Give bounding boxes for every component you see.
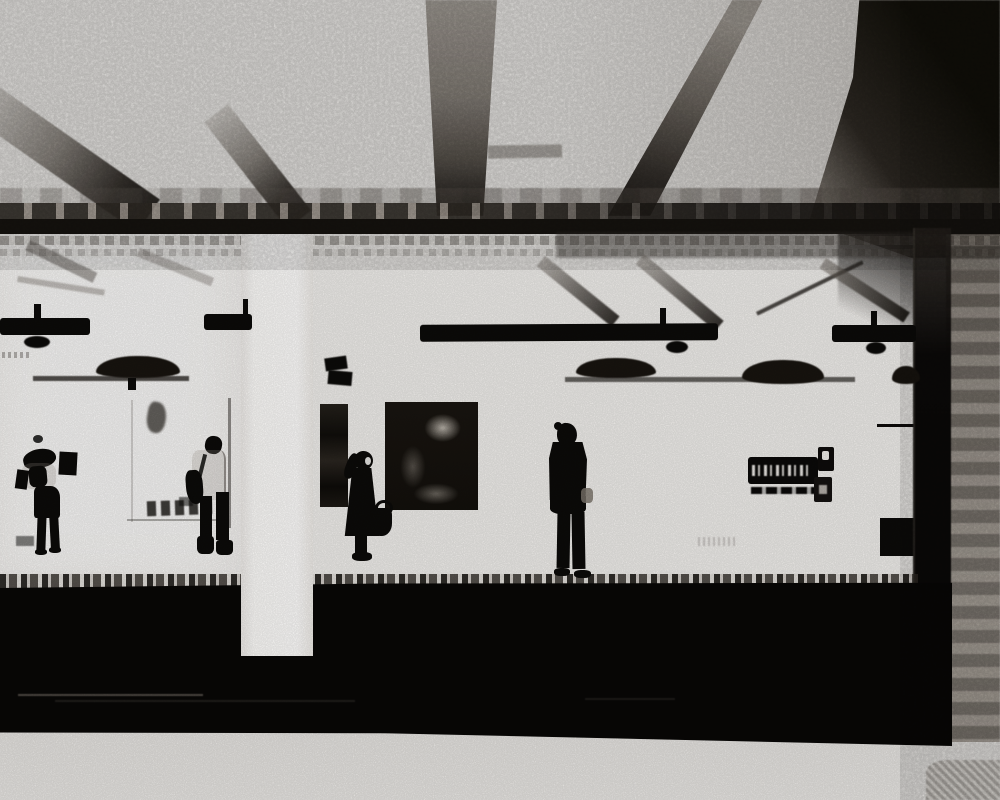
person-3-feet [352,552,372,561]
person-1-held-object [58,452,77,476]
strip-light-9 [892,366,920,384]
person-2-leg-left [200,496,212,540]
person-1-chest-patch [28,465,48,487]
person-2-boot-right [216,540,233,555]
person-1-foot-left [35,549,47,555]
track-pit-scratch-1 [18,694,203,696]
person-1 [14,425,78,555]
strip-light-1 [0,318,90,335]
subway-platform-photo [0,0,1000,800]
strip-light-7 [576,358,656,378]
track-pit-scratch-2 [55,700,355,702]
wall-faint-text-smudge [698,537,738,546]
station-sign [748,457,818,484]
ceiling-grain-strip [0,188,1000,204]
foreground-pillar [241,234,313,656]
picture-frame-1-left-edge [131,400,133,522]
wall-badge-upper-glyph [822,451,829,460]
person-2-boot-left [197,536,214,554]
strip-light-5-dropstem [128,378,136,390]
corner-grain-bottom-right [926,760,1000,800]
strip-light-3 [420,323,718,342]
strip-light-4 [832,325,916,342]
wall-badge-upper [818,447,834,471]
strip-light-1-underblob [24,336,50,348]
strip-light-1-stem [34,304,41,319]
person-1-hair-speck [33,435,43,443]
strip-light-4-stem [871,311,877,326]
track-pit [0,578,952,750]
strip-light-4-underblob [866,342,886,354]
under-band-grain-right [556,232,920,258]
person-3 [338,448,396,564]
left-margin-specks [2,352,30,358]
wall-badge-lower [814,477,832,502]
person-3-bag [370,508,392,536]
station-sign-underline [751,487,816,494]
person-4-bag-highlight [581,488,593,503]
person-4-leg-left [557,512,571,568]
strip-light-8 [742,360,824,384]
picture-3 [385,402,478,510]
person-4-foot-right [574,570,591,578]
person-4-leg-right [572,512,586,569]
strip-light-5-rail [33,376,189,381]
person-3-face-highlight [365,457,371,465]
wall-badge-lower-glyph [819,485,827,494]
person-1-leg-left [36,513,46,551]
person-1-leg-right [49,513,60,549]
person-1-foot-right [49,547,61,553]
beam-streak-3 [537,256,620,327]
person-2-ground-mark [179,497,193,506]
beam-streak-4 [636,254,724,331]
person-2 [178,424,238,560]
station-sign-lettering [752,465,812,476]
ceiling-gray-streak [488,144,562,158]
person-4 [544,420,596,578]
strip-light-5 [96,356,180,378]
strip-light-6b [327,370,352,386]
right-wall-column [913,228,951,592]
person-2-leg-right [216,492,229,540]
person-1-ground-mark [16,536,34,546]
strip-light-2 [204,314,252,330]
strip-light-3-underblob [666,341,688,353]
track-pit-scratch-3 [585,698,675,700]
person-4-foot-left [554,568,570,576]
strip-light-3-stem [660,308,666,325]
right-receding-wall [946,222,1000,762]
strip-light-2-stem [243,299,248,315]
